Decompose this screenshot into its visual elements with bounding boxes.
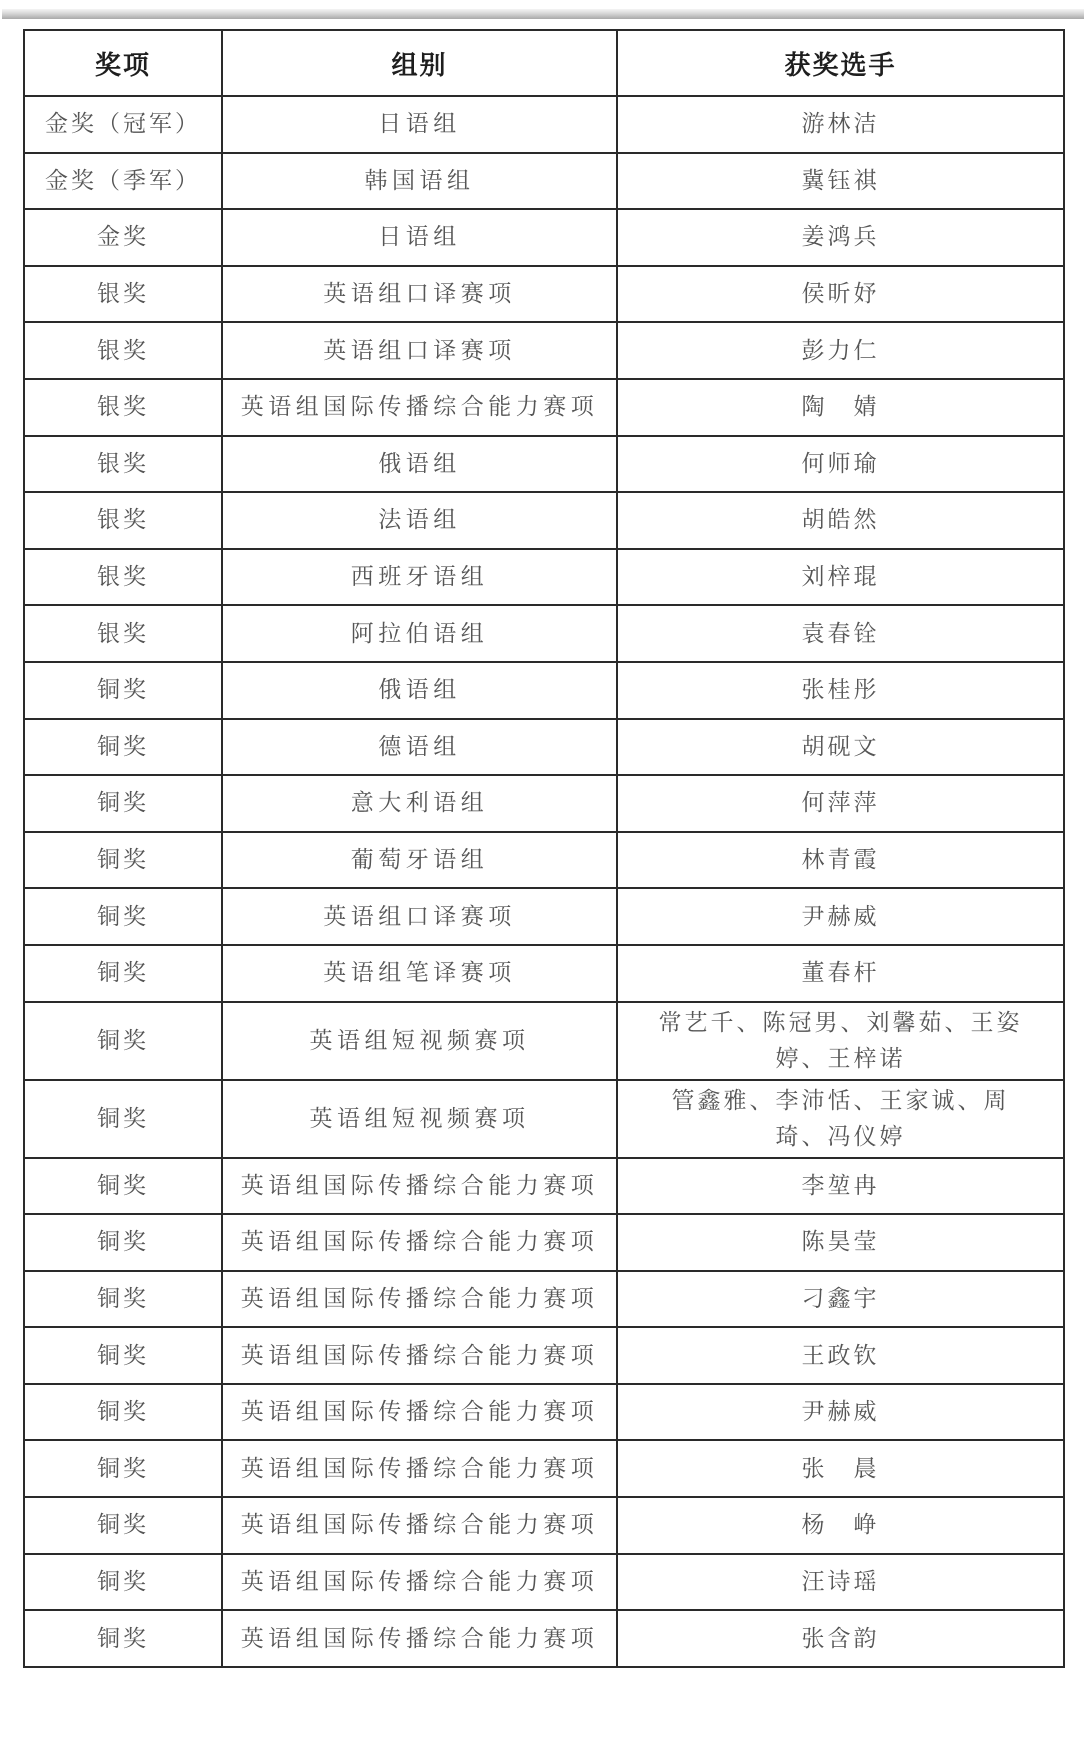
group-cell: 英语组国际传播综合能力赛项: [222, 1384, 617, 1441]
group-cell: 英语组国际传播综合能力赛项: [222, 1271, 617, 1328]
award-cell: 铜奖: [24, 1327, 222, 1384]
award-cell: 银奖: [24, 266, 222, 323]
winner-cell: 胡皓然: [617, 492, 1064, 549]
winner-cell: 王政钦: [617, 1327, 1064, 1384]
table-row: 铜奖英语组国际传播综合能力赛项汪诗瑶: [24, 1554, 1064, 1611]
group-cell: 英语组国际传播综合能力赛项: [222, 1497, 617, 1554]
award-winners-table: 奖项 组别 获奖选手 金奖（冠军）日语组游林洁金奖（季军）韩国语组冀钰祺金奖日语…: [23, 29, 1065, 1668]
table-row: 银奖阿拉伯语组袁春铨: [24, 605, 1064, 662]
award-cell: 银奖: [24, 436, 222, 493]
winner-cell: 陈昊莹: [617, 1214, 1064, 1271]
award-cell: 铜奖: [24, 1610, 222, 1667]
table-row: 铜奖英语组国际传播综合能力赛项刁鑫宇: [24, 1271, 1064, 1328]
award-cell: 铜奖: [24, 719, 222, 776]
group-cell: 英语组国际传播综合能力赛项: [222, 379, 617, 436]
group-cell: 日语组: [222, 96, 617, 153]
group-cell: 英语组国际传播综合能力赛项: [222, 1214, 617, 1271]
group-cell: 韩国语组: [222, 153, 617, 210]
winner-cell: 张 晨: [617, 1440, 1064, 1497]
award-cell: 铜奖: [24, 888, 222, 945]
group-cell: 俄语组: [222, 436, 617, 493]
award-cell: 铜奖: [24, 1497, 222, 1554]
award-cell: 金奖（季军）: [24, 153, 222, 210]
winner-cell: 刁鑫宇: [617, 1271, 1064, 1328]
group-cell: 英语组口译赛项: [222, 888, 617, 945]
winner-cell: 彭力仁: [617, 322, 1064, 379]
winner-cell: 管鑫雅、李沛恬、王家诚、周琦、冯仪婷: [617, 1080, 1064, 1158]
award-cell: 银奖: [24, 549, 222, 606]
winner-cell: 张桂彤: [617, 662, 1064, 719]
group-cell: 德语组: [222, 719, 617, 776]
header-group: 组别: [222, 30, 617, 96]
table-row: 铜奖英语组国际传播综合能力赛项尹赫威: [24, 1384, 1064, 1441]
group-cell: 意大利语组: [222, 775, 617, 832]
table-row: 金奖日语组姜鸿兵: [24, 209, 1064, 266]
table-row: 铜奖英语组国际传播综合能力赛项王政钦: [24, 1327, 1064, 1384]
table-row: 金奖（季军）韩国语组冀钰祺: [24, 153, 1064, 210]
group-cell: 葡萄牙语组: [222, 832, 617, 889]
table-row: 铜奖葡萄牙语组林青霞: [24, 832, 1064, 889]
winner-cell: 姜鸿兵: [617, 209, 1064, 266]
winner-cell: 冀钰祺: [617, 153, 1064, 210]
winner-cell: 董春杆: [617, 945, 1064, 1002]
group-cell: 英语组国际传播综合能力赛项: [222, 1610, 617, 1667]
award-cell: 铜奖: [24, 1384, 222, 1441]
group-cell: 英语组口译赛项: [222, 322, 617, 379]
group-cell: 英语组短视频赛项: [222, 1080, 617, 1158]
table-row: 铜奖英语组国际传播综合能力赛项张含韵: [24, 1610, 1064, 1667]
table-row: 铜奖德语组胡砚文: [24, 719, 1064, 776]
award-cell: 铜奖: [24, 1002, 222, 1080]
award-cell: 银奖: [24, 379, 222, 436]
winner-cell: 李堃冉: [617, 1158, 1064, 1215]
winner-cell: 杨 峥: [617, 1497, 1064, 1554]
winner-cell: 尹赫威: [617, 1384, 1064, 1441]
group-cell: 日语组: [222, 209, 617, 266]
group-cell: 法语组: [222, 492, 617, 549]
table-row: 银奖英语组国际传播综合能力赛项陶 婧: [24, 379, 1064, 436]
winner-cell: 侯昕妤: [617, 266, 1064, 323]
winner-cell: 常艺千、陈冠男、刘馨茹、王姿婷、王梓诺: [617, 1002, 1064, 1080]
group-cell: 英语组笔译赛项: [222, 945, 617, 1002]
table-row: 铜奖意大利语组何萍萍: [24, 775, 1064, 832]
table-row: 铜奖俄语组张桂彤: [24, 662, 1064, 719]
table-row: 金奖（冠军）日语组游林洁: [24, 96, 1064, 153]
winner-cell: 刘梓琨: [617, 549, 1064, 606]
award-cell: 银奖: [24, 605, 222, 662]
table-body: 金奖（冠军）日语组游林洁金奖（季军）韩国语组冀钰祺金奖日语组姜鸿兵银奖英语组口译…: [24, 96, 1064, 1667]
winner-cell: 何师瑜: [617, 436, 1064, 493]
group-cell: 俄语组: [222, 662, 617, 719]
group-cell: 西班牙语组: [222, 549, 617, 606]
table-row: 铜奖英语组国际传播综合能力赛项张 晨: [24, 1440, 1064, 1497]
winner-cell: 陶 婧: [617, 379, 1064, 436]
table-header-row: 奖项 组别 获奖选手: [24, 30, 1064, 96]
winner-cell: 胡砚文: [617, 719, 1064, 776]
award-cell: 铜奖: [24, 1271, 222, 1328]
group-cell: 英语组国际传播综合能力赛项: [222, 1327, 617, 1384]
winner-cell: 游林洁: [617, 96, 1064, 153]
award-cell: 铜奖: [24, 1214, 222, 1271]
table-row: 铜奖英语组口译赛项尹赫威: [24, 888, 1064, 945]
award-cell: 铜奖: [24, 775, 222, 832]
award-cell: 铜奖: [24, 832, 222, 889]
award-cell: 铜奖: [24, 662, 222, 719]
table-row: 银奖法语组胡皓然: [24, 492, 1064, 549]
winner-cell: 何萍萍: [617, 775, 1064, 832]
table-row: 铜奖英语组国际传播综合能力赛项杨 峥: [24, 1497, 1064, 1554]
group-cell: 英语组国际传播综合能力赛项: [222, 1440, 617, 1497]
award-cell: 铜奖: [24, 1080, 222, 1158]
group-cell: 英语组国际传播综合能力赛项: [222, 1158, 617, 1215]
table-row: 银奖西班牙语组刘梓琨: [24, 549, 1064, 606]
table-row: 银奖英语组口译赛项侯昕妤: [24, 266, 1064, 323]
table-row: 铜奖英语组短视频赛项常艺千、陈冠男、刘馨茹、王姿婷、王梓诺: [24, 1002, 1064, 1080]
winner-cell: 袁春铨: [617, 605, 1064, 662]
table-row: 银奖俄语组何师瑜: [24, 436, 1064, 493]
header-award: 奖项: [24, 30, 222, 96]
award-cell: 铜奖: [24, 1158, 222, 1215]
group-cell: 英语组口译赛项: [222, 266, 617, 323]
award-cell: 金奖（冠军）: [24, 96, 222, 153]
group-cell: 英语组短视频赛项: [222, 1002, 617, 1080]
award-cell: 银奖: [24, 322, 222, 379]
winner-cell: 林青霞: [617, 832, 1064, 889]
header-winner: 获奖选手: [617, 30, 1064, 96]
award-cell: 铜奖: [24, 945, 222, 1002]
winner-cell: 汪诗瑶: [617, 1554, 1064, 1611]
group-cell: 英语组国际传播综合能力赛项: [222, 1554, 617, 1611]
winner-cell: 尹赫威: [617, 888, 1064, 945]
winner-cell: 张含韵: [617, 1610, 1064, 1667]
award-cell: 铜奖: [24, 1554, 222, 1611]
award-cell: 铜奖: [24, 1440, 222, 1497]
table-row: 铜奖英语组笔译赛项董春杆: [24, 945, 1064, 1002]
table-row: 铜奖英语组国际传播综合能力赛项陈昊莹: [24, 1214, 1064, 1271]
table-row: 银奖英语组口译赛项彭力仁: [24, 322, 1064, 379]
award-cell: 金奖: [24, 209, 222, 266]
group-cell: 阿拉伯语组: [222, 605, 617, 662]
top-shadow-bar: [2, 9, 1084, 19]
table-row: 铜奖英语组国际传播综合能力赛项李堃冉: [24, 1158, 1064, 1215]
table-row: 铜奖英语组短视频赛项管鑫雅、李沛恬、王家诚、周琦、冯仪婷: [24, 1080, 1064, 1158]
award-cell: 银奖: [24, 492, 222, 549]
